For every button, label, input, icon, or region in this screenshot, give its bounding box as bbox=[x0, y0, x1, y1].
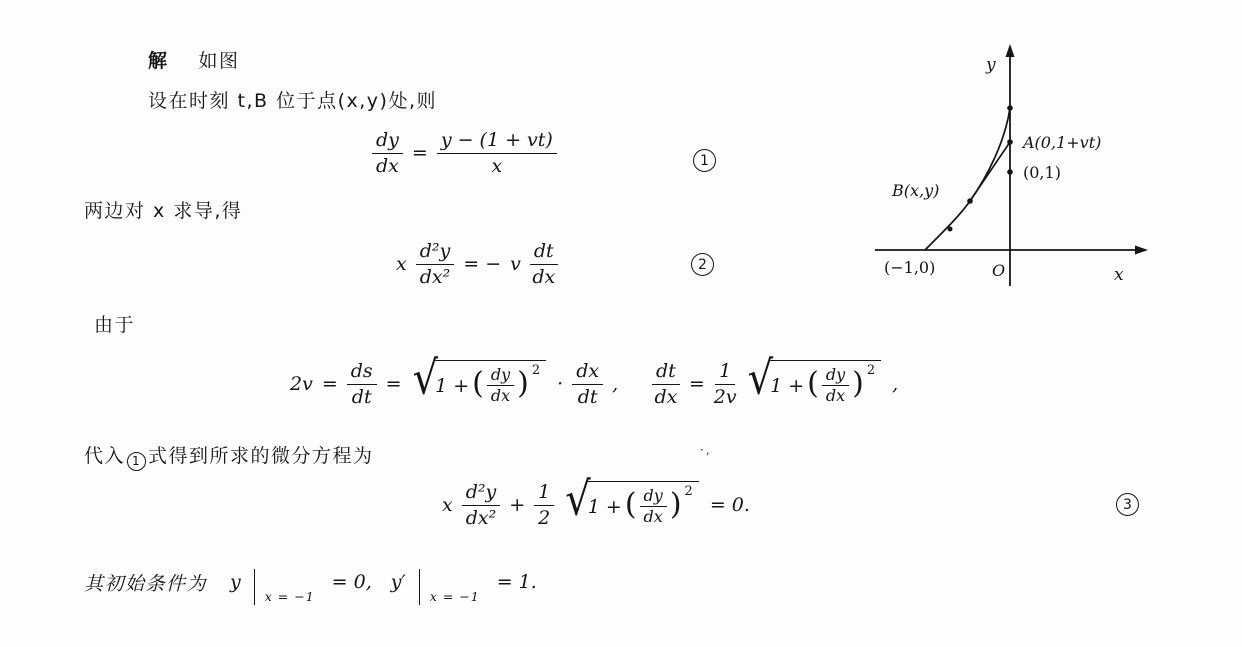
substitute-sentence: 代入1式得到所求的微分方程为 bbox=[84, 441, 374, 471]
variable-v: v bbox=[510, 253, 521, 275]
equals-sign: = bbox=[386, 373, 402, 395]
pursuit-curve-figure: y x O A(0,1+vt) (0,1) B(x,y) (−1,0) bbox=[862, 30, 1192, 300]
equals-sign: = bbox=[689, 373, 705, 395]
radical-icon: √ bbox=[748, 356, 774, 402]
tangent-line-BA bbox=[970, 142, 1010, 201]
point-minus1-0-label: (−1,0) bbox=[884, 258, 935, 277]
point-B-label: B(x,y) bbox=[891, 181, 939, 200]
y-axis-arrow-icon bbox=[1006, 44, 1015, 57]
equals-minus: = − bbox=[463, 253, 501, 275]
point-on-curve bbox=[948, 227, 953, 232]
point-0-1-label: (0,1) bbox=[1023, 163, 1061, 182]
fraction-d2y-dx2: d²y dx² bbox=[462, 481, 501, 530]
evaluation-bar bbox=[419, 569, 420, 605]
equation-dtdx: dt dx = 1 2v √ 1 + ( dy dx ) 2 , bbox=[652, 360, 898, 409]
initial-conditions-label: 其初始条件为 bbox=[84, 569, 207, 596]
variable-y-prime: y′ bbox=[391, 571, 406, 593]
variable-y: y bbox=[230, 571, 241, 593]
equation-1: dy dx = y − (1 + vt) x bbox=[372, 129, 557, 178]
fraction-dt-dx: dt dx bbox=[652, 360, 680, 409]
x-axis-label: x bbox=[1114, 265, 1124, 285]
fraction-d2y-dx2: d²y dx² bbox=[416, 240, 455, 289]
equation-3: x d²y dx² + 1 2 √ 1 + ( dy dx ) 2 = 0. bbox=[442, 481, 750, 530]
equation-speed: 2v = ds dt = √ 1 + ( dy dx ) 2 · dx dt , bbox=[290, 360, 618, 409]
equation-1-number: 1 bbox=[693, 149, 716, 172]
point-A bbox=[1007, 139, 1013, 145]
comma: , bbox=[892, 373, 898, 395]
equals-one: = 1. bbox=[497, 571, 537, 593]
y-axis-label: y bbox=[985, 55, 996, 75]
x-axis-arrow-icon bbox=[1135, 246, 1148, 255]
point-A-label: A(0,1+vt) bbox=[1021, 133, 1101, 152]
fraction-dy-dx: dy dx bbox=[640, 487, 667, 527]
close-paren: ) bbox=[670, 490, 682, 524]
variable-x: x bbox=[442, 494, 453, 516]
equation-3-number: 3 bbox=[1116, 493, 1139, 516]
open-paren: ( bbox=[472, 369, 484, 403]
open-paren: ( bbox=[807, 369, 819, 403]
equals-sign: = bbox=[412, 142, 428, 164]
equals-zero: = 0, bbox=[332, 571, 372, 593]
fraction-dy-dx: dy dx bbox=[822, 366, 849, 406]
equation-2: x d²y dx² = − v dt dx bbox=[396, 240, 558, 289]
trajectory-curve bbox=[925, 108, 1010, 250]
plus-sign: + bbox=[509, 494, 525, 516]
term-2v: 2v bbox=[290, 373, 313, 395]
fraction-1-2: 1 2 bbox=[534, 481, 554, 530]
exponent-2: 2 bbox=[685, 484, 693, 499]
fraction-rhs: y − (1 + vt) x bbox=[437, 129, 557, 178]
fraction-dy-dx: dy dx bbox=[372, 129, 403, 178]
point-B bbox=[967, 198, 973, 204]
scan-speck: ·, bbox=[700, 443, 712, 457]
heading-rest: 如图 bbox=[199, 50, 240, 72]
exponent-2: 2 bbox=[532, 363, 540, 378]
inline-equation-1-ref: 1 bbox=[127, 452, 146, 471]
radical-icon: √ bbox=[413, 356, 439, 402]
equation-2-number: 2 bbox=[691, 253, 714, 276]
point-0-1 bbox=[1007, 169, 1013, 175]
initial-conditions: 其初始条件为 y x = −1 = 0, y′ x = −1 = 1. bbox=[84, 564, 537, 600]
evaluation-bar bbox=[254, 569, 255, 605]
fraction-dy-dx: dy dx bbox=[487, 366, 514, 406]
close-paren: ) bbox=[852, 369, 864, 403]
derive-sentence: 两边对 x 求导,得 bbox=[84, 196, 242, 223]
fraction-dt-dx: dt dx bbox=[530, 240, 558, 289]
evaluation-subscript: x = −1 bbox=[430, 589, 480, 604]
comma: , bbox=[612, 373, 618, 395]
square-root: √ 1 + ( dy dx ) 2 bbox=[748, 360, 882, 408]
fraction-dx-dt: dx dt bbox=[572, 360, 603, 409]
square-root: √ 1 + ( dy dx ) 2 bbox=[413, 360, 547, 408]
evaluation-subscript: x = −1 bbox=[265, 589, 315, 604]
point-curve-top bbox=[1007, 105, 1013, 111]
solution-keyword: 解 bbox=[148, 50, 169, 72]
exponent-2: 2 bbox=[867, 363, 875, 378]
radical-icon: √ bbox=[565, 477, 591, 523]
equals-zero: = 0. bbox=[710, 494, 750, 516]
close-paren: ) bbox=[517, 369, 529, 403]
setup-sentence: 设在时刻 t,B 位于点(x,y)处,则 bbox=[148, 86, 437, 113]
cdot-sign: · bbox=[557, 373, 563, 395]
fraction-1-2v: 1 2v bbox=[714, 360, 737, 409]
since-word: 由于 bbox=[94, 310, 135, 337]
equals-sign: = bbox=[322, 373, 338, 395]
variable-x: x bbox=[396, 253, 407, 275]
solution-heading: 解如图 bbox=[148, 46, 240, 73]
origin-label: O bbox=[992, 261, 1005, 280]
scanned-solution-page: { "page": { "background": "#fdfdfd", "in… bbox=[0, 0, 1242, 647]
square-root: √ 1 + ( dy dx ) 2 bbox=[565, 481, 699, 529]
fraction-ds-dt: ds dt bbox=[347, 360, 377, 409]
open-paren: ( bbox=[625, 490, 637, 524]
